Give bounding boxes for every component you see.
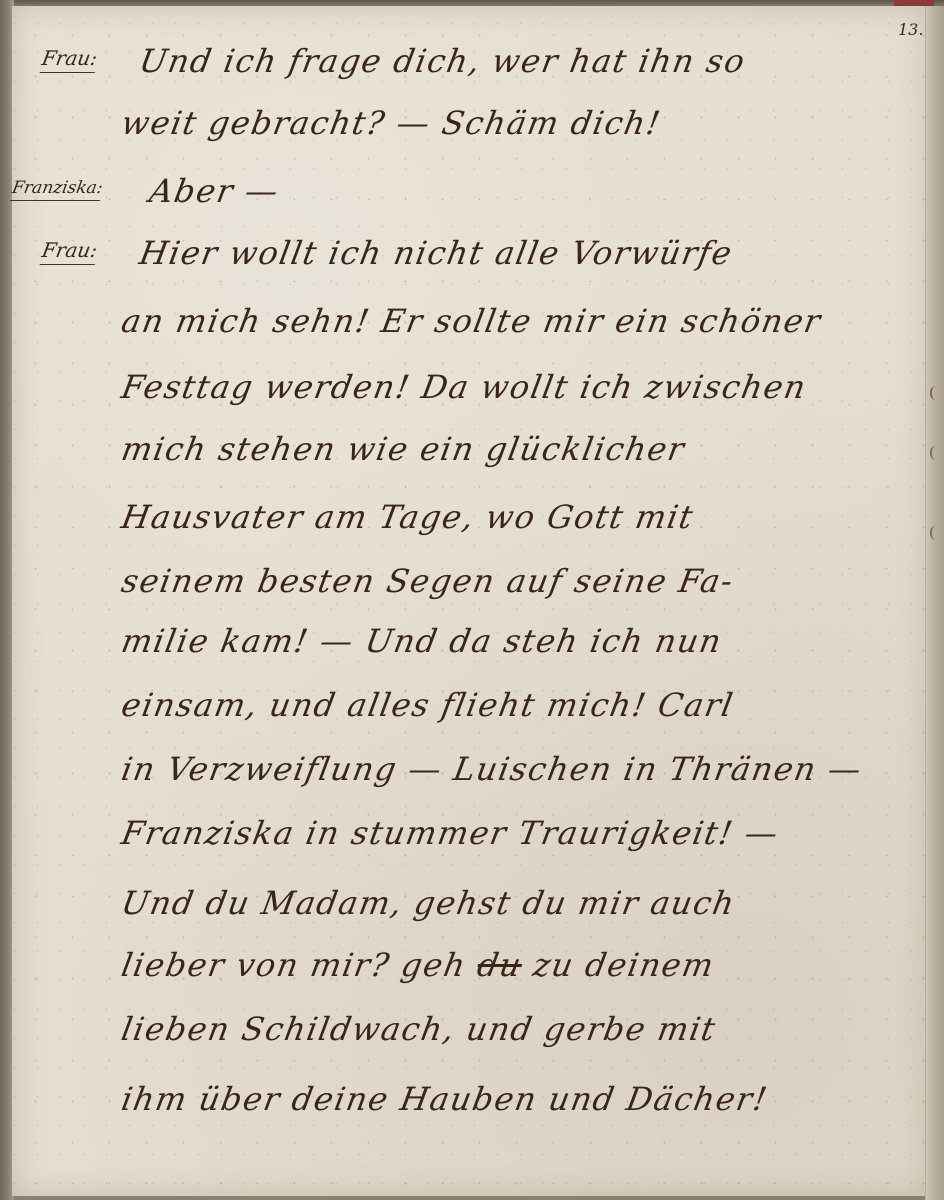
text-line-4: Hier wollt ich nicht alle Vorwürfe [137, 234, 736, 272]
text-line-3: Aber — [147, 172, 283, 210]
text-line-13: Franziska in stummer Traurigkeit! — [119, 814, 782, 852]
text-line-1: Und ich frage dich, wer hat ihn so [137, 42, 749, 80]
page-number: 13. [898, 20, 923, 39]
text-segment: zu deinem [530, 946, 717, 984]
speaker-label: Franziska: [10, 178, 104, 201]
text-line-17: ihm über deine Hauben und Dächer! [119, 1080, 771, 1118]
speaker-label: Frau: [40, 238, 100, 265]
text-line-12: in Verzweiflung — Luischen in Thränen — [119, 750, 866, 788]
text-line-9: seinem besten Segen auf seine Fa- [119, 562, 737, 600]
text-line-8: Hausvater am Tage, wo Gott mit [119, 498, 697, 536]
text-line-2: weit gebracht? — Schäm dich! [119, 104, 665, 142]
ink-bleed-mark [930, 386, 942, 400]
text-line-15: lieber von mir? geh du zu deinem [119, 946, 718, 984]
manuscript-page: 13. Frau: Und ich frage dich, wer hat ih… [12, 6, 928, 1196]
text-line-10: milie kam! — Und da steh ich nun [119, 622, 726, 660]
text-line-14: Und du Madam, gehst du mir auch [119, 884, 739, 922]
speaker-label: Frau: [40, 46, 100, 73]
text-line-6: Festtag werden! Da wollt ich zwischen [119, 368, 810, 406]
struck-word: du [474, 946, 525, 984]
text-line-7: mich stehen wie ein glücklicher [119, 430, 689, 468]
text-line-11: einsam, und alles flieht mich! Carl [119, 686, 737, 724]
ink-bleed-mark [930, 526, 942, 540]
text-segment: lieber von mir? geh [119, 946, 470, 984]
text-line-16: lieben Schildwach, und gerbe mit [119, 1010, 720, 1048]
right-page-edge [925, 6, 944, 1200]
ink-bleed-mark [930, 446, 942, 460]
text-line-5: an mich sehn! Er sollte mir ein schöner [119, 302, 825, 340]
